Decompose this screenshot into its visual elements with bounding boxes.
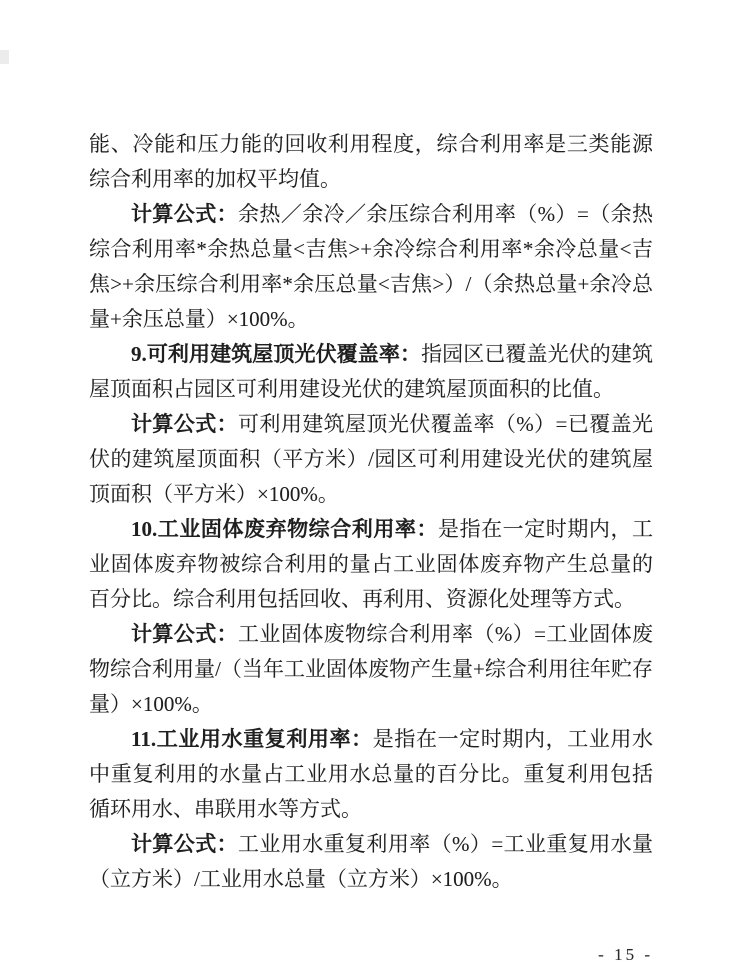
paragraph-lead: 9.可利用建筑屋顶光伏覆盖率： [131,342,421,366]
paragraph-lead: 10.工业固体废弃物综合利用率： [131,517,438,541]
scan-artifact [0,50,9,64]
paragraph-lead: 计算公式： [131,202,238,226]
paragraph: 计算公式：余热／余冷／余压综合利用率（%）=（余热综合利用率*余热总量<吉焦>+… [89,197,653,337]
paragraph-text: 能、冷能和压力能的回收利用程度，综合利用率是三类能源综合利用率的加权平均值。 [89,132,653,191]
paragraph: 10.工业固体废弃物综合利用率：是指在一定时期内，工业固体废弃物被综合利用的量占… [89,512,653,617]
document-page: 能、冷能和压力能的回收利用程度，综合利用率是三类能源综合利用率的加权平均值。计算… [0,0,735,979]
paragraph-lead: 计算公式： [131,412,238,436]
page-body-text: 能、冷能和压力能的回收利用程度，综合利用率是三类能源综合利用率的加权平均值。计算… [89,127,653,897]
paragraph: 计算公式：工业用水重复利用率（%）=工业重复用水量（立方米）/工业用水总量（立方… [89,827,653,897]
paragraph: 能、冷能和压力能的回收利用程度，综合利用率是三类能源综合利用率的加权平均值。 [89,127,653,197]
paragraph-lead: 计算公式： [131,832,238,856]
paragraph: 11.工业用水重复利用率：是指在一定时期内，工业用水中重复利用的水量占工业用水总… [89,722,653,827]
paragraph-lead: 计算公式： [131,622,238,646]
paragraph-lead: 11.工业用水重复利用率： [131,727,373,751]
paragraph: 9.可利用建筑屋顶光伏覆盖率：指园区已覆盖光伏的建筑屋顶面积占园区可利用建设光伏… [89,337,653,407]
page-number: - 15 - [598,945,653,965]
paragraph: 计算公式：工业固体废物综合利用率（%）=工业固体废物综合利用量/（当年工业固体废… [89,617,653,722]
paragraph: 计算公式：可利用建筑屋顶光伏覆盖率（%）=已覆盖光伏的建筑屋顶面积（平方米）/园… [89,407,653,512]
